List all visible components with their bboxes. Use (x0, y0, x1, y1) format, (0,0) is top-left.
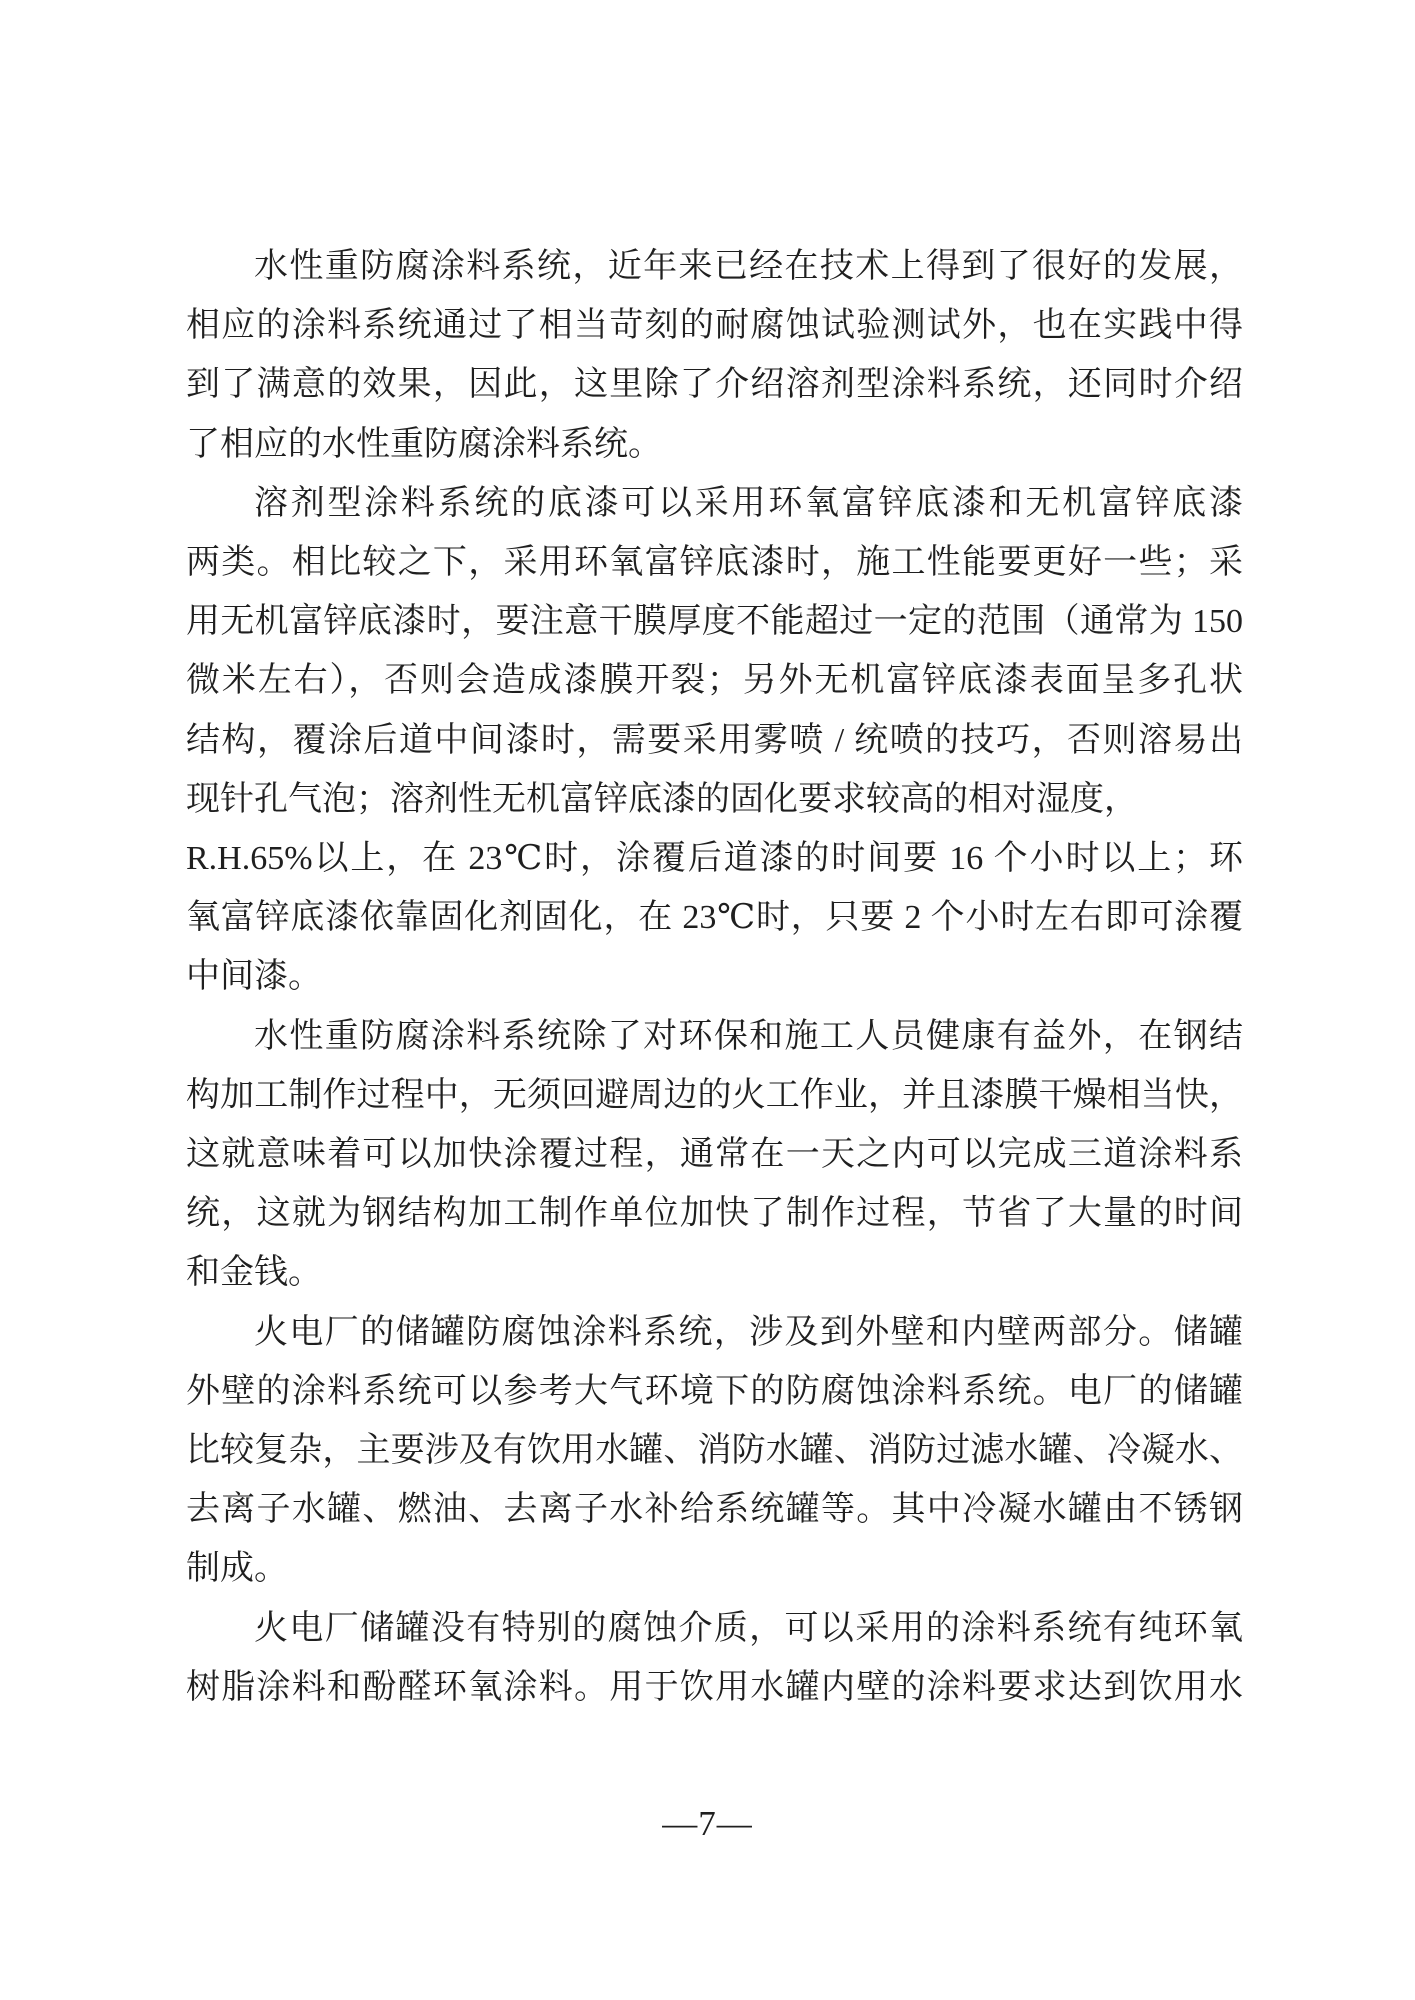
text-line: 水性重防腐涂料系统，近年来已经在技术上得到了很好的发展， (186, 237, 1243, 296)
text-line: 树脂涂料和酚醛环氧涂料。用于饮用水罐内壁的涂料要求达到饮用水 (186, 1658, 1243, 1717)
text-line: 两类。相比较之下，采用环氧富锌底漆时，施工性能要更好一些；采 (186, 533, 1243, 592)
text-line: 比较复杂，主要涉及有饮用水罐、消防水罐、消防过滤水罐、冷凝水、 (186, 1421, 1243, 1480)
text-line: 相应的涂料系统通过了相当苛刻的耐腐蚀试验测试外，也在实践中得 (186, 296, 1243, 355)
paragraph: 火电厂的储罐防腐蚀涂料系统，涉及到外壁和内壁两部分。储罐外壁的涂料系统可以参考大… (186, 1303, 1243, 1599)
text-line: 这就意味着可以加快涂覆过程，通常在一天之内可以完成三道涂料系 (186, 1125, 1243, 1184)
text-line: 构加工制作过程中，无须回避周边的火工作业，并且漆膜干燥相当快， (186, 1066, 1243, 1125)
text-line: 中间漆。 (186, 947, 1243, 1006)
paragraph: 水性重防腐涂料系统除了对环保和施工人员健康有益外，在钢结构加工制作过程中，无须回… (186, 1007, 1243, 1303)
paragraph: 火电厂储罐没有特别的腐蚀介质，可以采用的涂料系统有纯环氧树脂涂料和酚醛环氧涂料。… (186, 1599, 1243, 1717)
text-line: 现针孔气泡；溶剂性无机富锌底漆的固化要求较高的相对湿度， (186, 770, 1243, 829)
text-line: 去离子水罐、燃油、去离子水补给系统罐等。其中冷凝水罐由不锈钢 (186, 1480, 1243, 1539)
text-block: 水性重防腐涂料系统，近年来已经在技术上得到了很好的发展，相应的涂料系统通过了相当… (186, 237, 1243, 1717)
text-line: 制成。 (186, 1539, 1243, 1598)
text-line: 和金钱。 (186, 1243, 1243, 1302)
text-line: 到了满意的效果，因此，这里除了介绍溶剂型涂料系统，还同时介绍 (186, 355, 1243, 414)
page-number: —7— (662, 1804, 753, 1843)
text-line: 水性重防腐涂料系统除了对环保和施工人员健康有益外，在钢结 (186, 1007, 1243, 1066)
text-line: 用无机富锌底漆时，要注意干膜厚度不能超过一定的范围（通常为 150 (186, 592, 1243, 651)
paragraph: 水性重防腐涂料系统，近年来已经在技术上得到了很好的发展，相应的涂料系统通过了相当… (186, 237, 1243, 474)
text-line: 统，这就为钢结构加工制作单位加快了制作过程，节省了大量的时间 (186, 1184, 1243, 1243)
text-line: 结构，覆涂后道中间漆时，需要采用雾喷 / 统喷的技巧，否则溶易出 (186, 711, 1243, 770)
text-line: 火电厂储罐没有特别的腐蚀介质，可以采用的涂料系统有纯环氧 (186, 1599, 1243, 1658)
paragraph: 溶剂型涂料系统的底漆可以采用环氧富锌底漆和无机富锌底漆两类。相比较之下，采用环氧… (186, 474, 1243, 1007)
text-line: 微米左右），否则会造成漆膜开裂；另外无机富锌底漆表面呈多孔状 (186, 651, 1243, 710)
text-line: 溶剂型涂料系统的底漆可以采用环氧富锌底漆和无机富锌底漆 (186, 474, 1243, 533)
page-footer: —7— (0, 1804, 1415, 1844)
text-line: 氧富锌底漆依靠固化剂固化，在 23℃时，只要 2 个小时左右即可涂覆 (186, 888, 1243, 947)
text-line: R.H.65%以上，在 23℃时，涂覆后道漆的时间要 16 个小时以上；环 (186, 829, 1243, 888)
text-line: 外壁的涂料系统可以参考大气环境下的防腐蚀涂料系统。电厂的储罐 (186, 1362, 1243, 1421)
text-line: 火电厂的储罐防腐蚀涂料系统，涉及到外壁和内壁两部分。储罐 (186, 1303, 1243, 1362)
text-line: 了相应的水性重防腐涂料系统。 (186, 415, 1243, 474)
